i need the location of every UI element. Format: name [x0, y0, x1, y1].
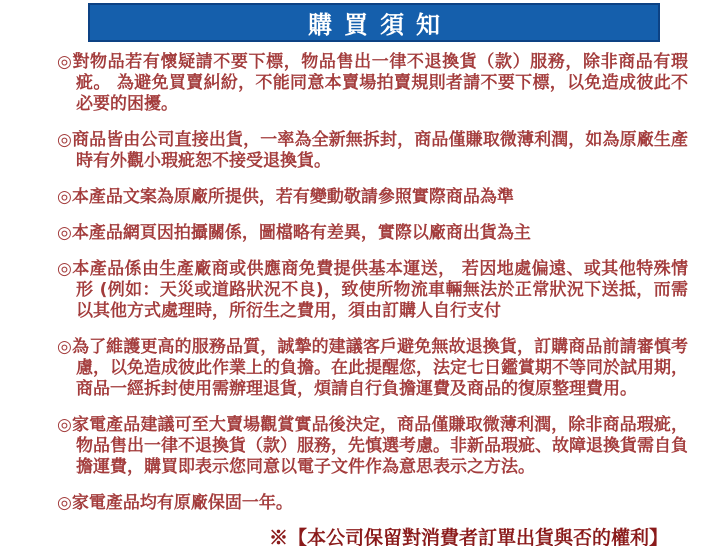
notice-item: ◎商品皆由公司直接出貨，一率為全新無拆封，商品僅賺取微薄利潤，如為原廠生產時有外… [57, 130, 688, 172]
double-circle-bullet-icon: ◎ [57, 187, 72, 207]
notice-item: ◎為了維護更高的服務品質，誠摯的建議客戶避免無故退換貨，訂購商品前請審慎考慮，以… [57, 337, 688, 400]
notice-text: 本產品係由生產廠商或供應商免費提供基本運送， 若因地處偏遠、或其他特殊情形 (例… [72, 259, 688, 321]
notice-text: 為了維護更高的服務品質，誠摯的建議客戶避免無故退換貨，訂購商品前請審慎考慮，以免… [72, 337, 688, 399]
double-circle-bullet-icon: ◎ [57, 493, 72, 513]
notice-item: ◎家電產品均有原廠保固一年。 [57, 493, 688, 514]
rights-reserved-note: ※【本公司保留對消費者訂單出貨與否的權利】 [57, 527, 688, 546]
double-circle-bullet-icon: ◎ [57, 337, 72, 357]
double-circle-bullet-icon: ◎ [57, 52, 72, 72]
notice-list: ◎對物品若有懷疑請不要下標，物品售出一律不退換貨（款）服務，除非商品有瑕疵。 為… [0, 42, 728, 546]
notice-item: ◎家電產品建議可至大賣場觀賞實品後決定，商品僅賺取微薄利潤，除非商品瑕疵，物品售… [57, 415, 688, 478]
notice-item: ◎對物品若有懷疑請不要下標，物品售出一律不退換貨（款）服務，除非商品有瑕疵。 為… [57, 52, 688, 115]
notice-text: 本產品網頁因拍攝關係，圖檔略有差異，實際以廠商出貨為主 [72, 223, 531, 243]
notice-text: 家電產品建議可至大賣場觀賞實品後決定，商品僅賺取微薄利潤，除非商品瑕疵，物品售出… [72, 415, 688, 477]
double-circle-bullet-icon: ◎ [57, 130, 72, 150]
header-banner: 購買須知 [88, 3, 660, 42]
notice-item: ◎本產品文案為原廠所提供，若有變動敬請參照實際商品為準 [57, 187, 688, 208]
double-circle-bullet-icon: ◎ [57, 415, 72, 435]
notice-item: ◎本產品係由生產廠商或供應商免費提供基本運送， 若因地處偏遠、或其他特殊情形 (… [57, 259, 688, 322]
double-circle-bullet-icon: ◎ [57, 259, 72, 279]
notice-text: 商品皆由公司直接出貨，一率為全新無拆封，商品僅賺取微薄利潤，如為原廠生產時有外觀… [72, 130, 688, 171]
notice-text: 家電產品均有原廠保固一年。 [72, 493, 293, 513]
purchase-notice-page: 購買須知 ◎對物品若有懷疑請不要下標，物品售出一律不退換貨（款）服務，除非商品有… [0, 0, 728, 546]
notice-text: 本產品文案為原廠所提供，若有變動敬請參照實際商品為準 [72, 187, 514, 207]
page-title: 購買須知 [296, 5, 452, 40]
notice-text: 對物品若有懷疑請不要下標，物品售出一律不退換貨（款）服務，除非商品有瑕疵。 為避… [72, 52, 688, 114]
notice-item: ◎本產品網頁因拍攝關係，圖檔略有差異，實際以廠商出貨為主 [57, 223, 688, 244]
double-circle-bullet-icon: ◎ [57, 223, 72, 243]
